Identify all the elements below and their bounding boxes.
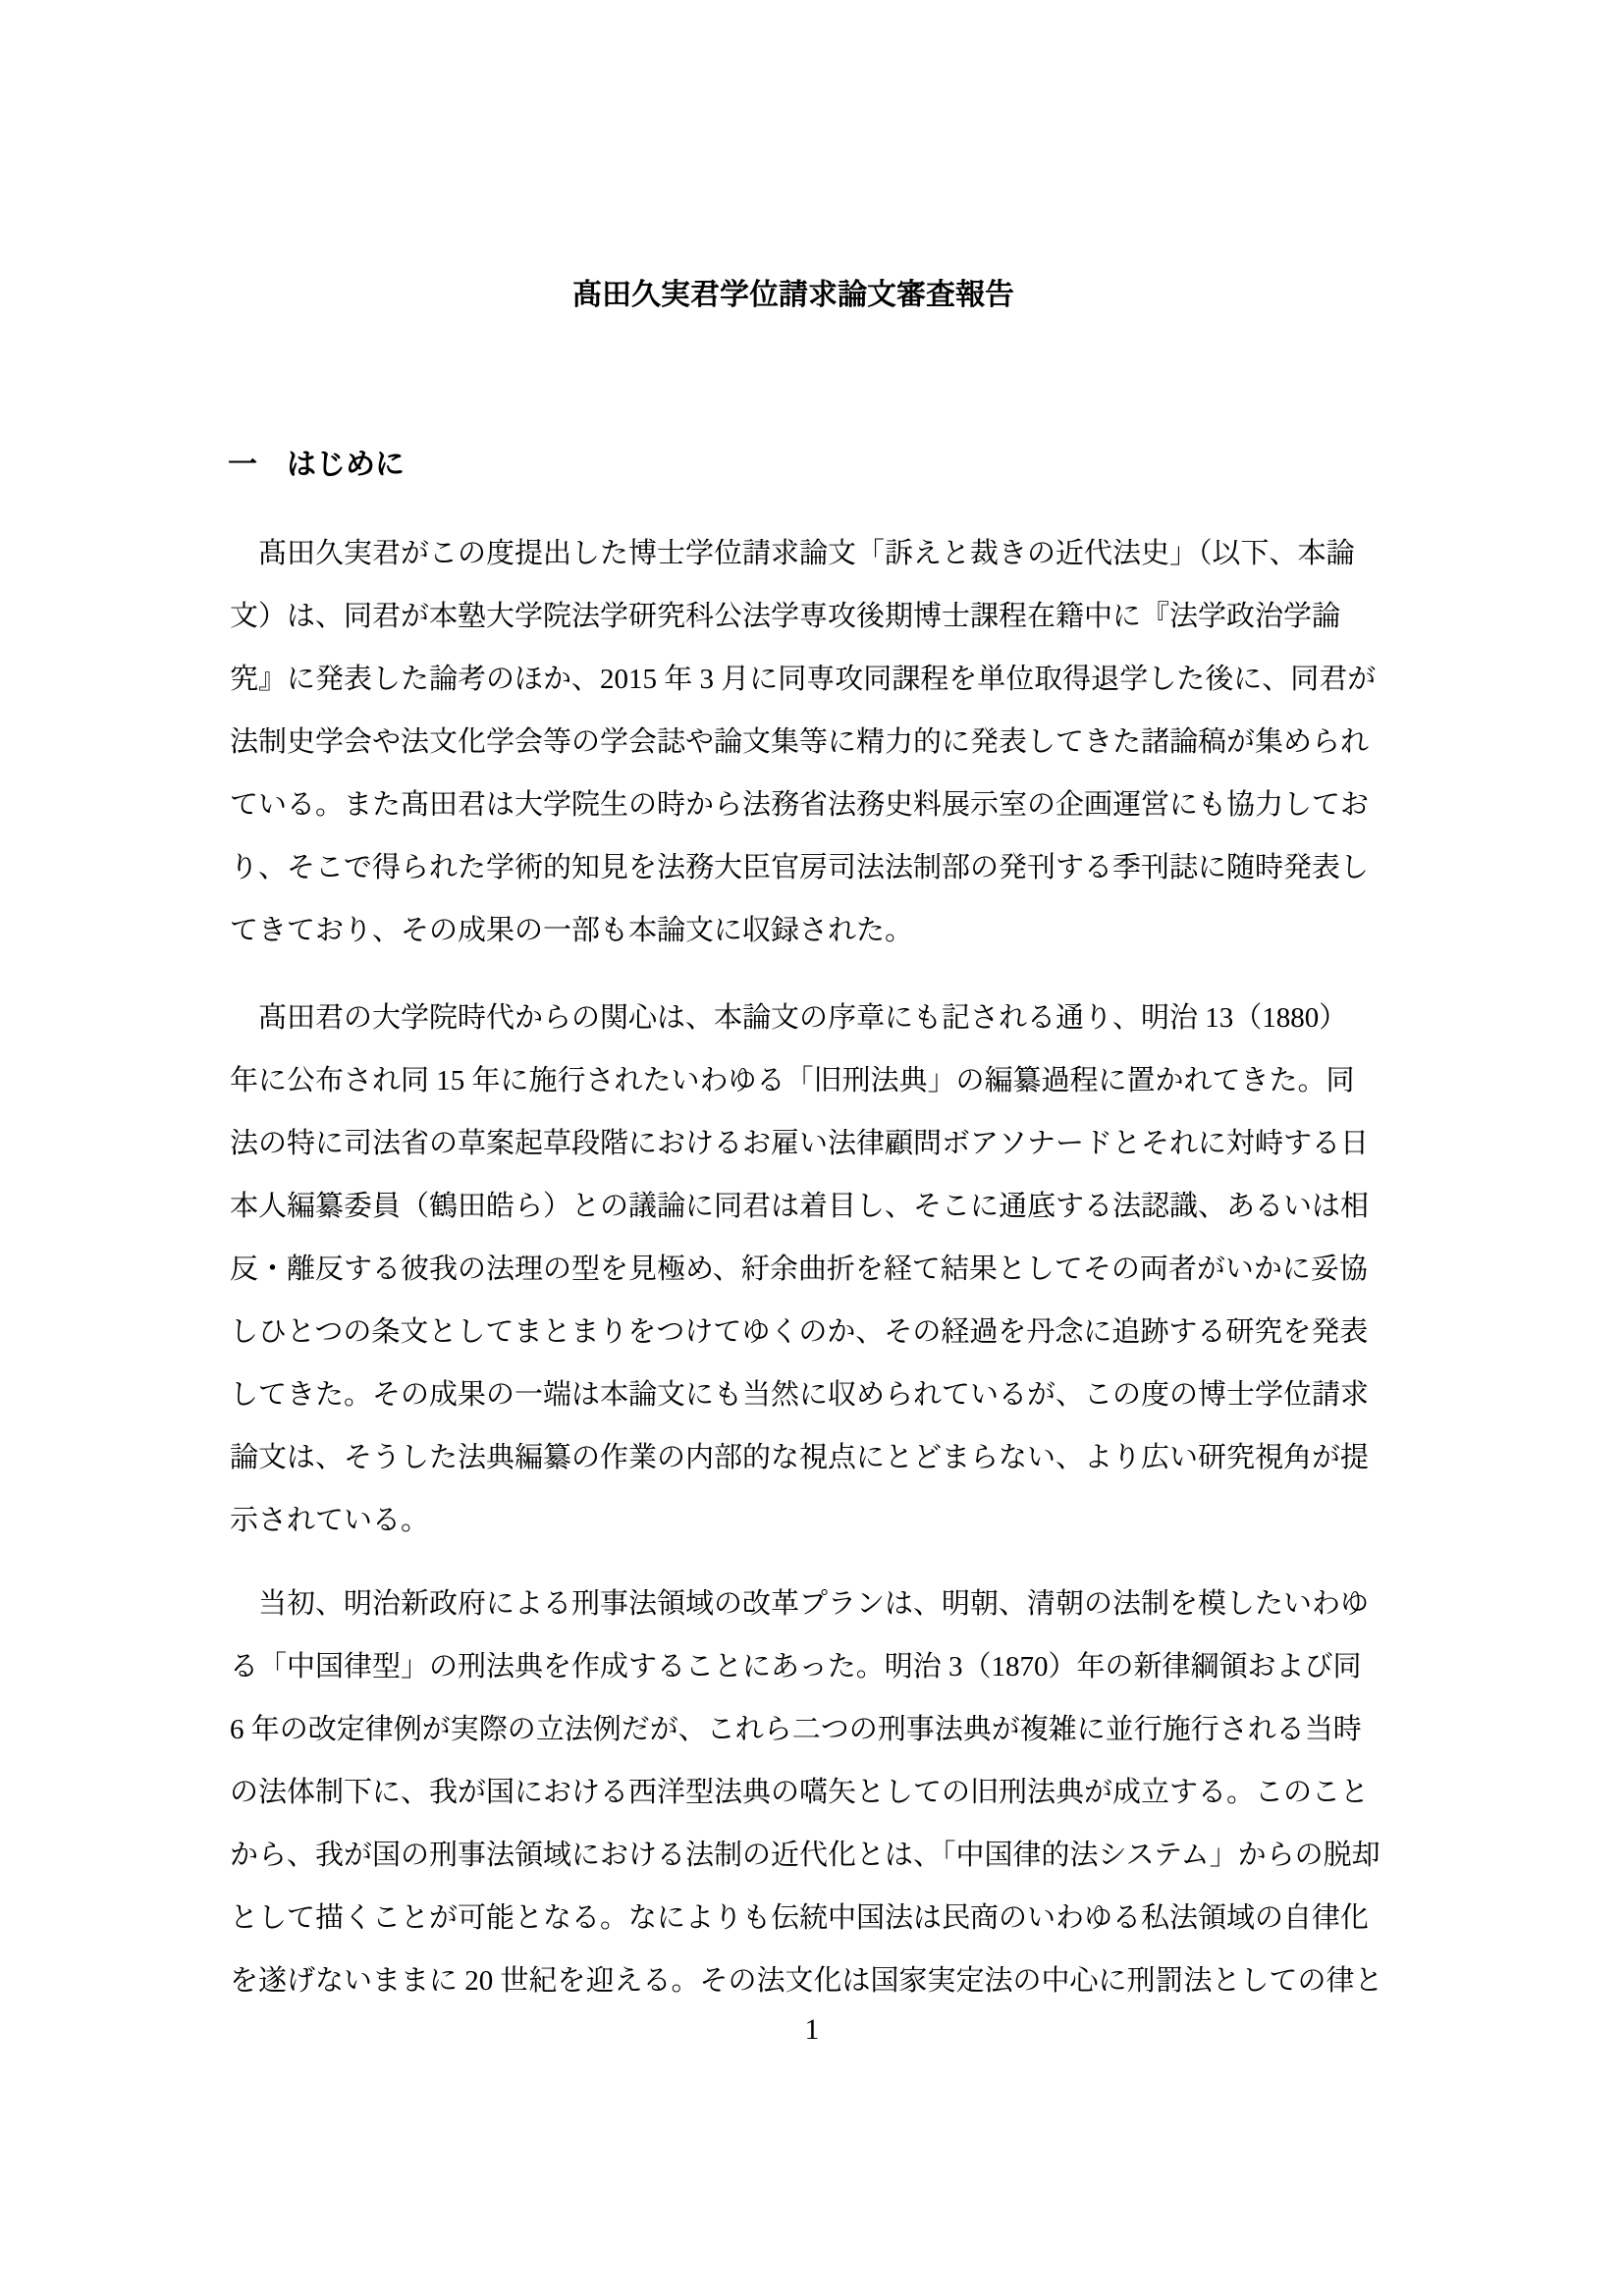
- text-line: として描くことが可能となる。なによりも伝統中国法は民商のいわゆる私法領域の自律化: [230, 1887, 1404, 1949]
- text-line: 本人編纂委員（鶴田皓ら）との議論に同君は着目し、そこに通底する法認識、あるいは相: [230, 1175, 1404, 1238]
- text-line: 年に公布され同 15 年に施行されたいわゆる「旧刑法典」の編纂過程に置かれてきた…: [230, 1049, 1404, 1112]
- paragraph: 髙田君の大学院時代からの関心は、本論文の序章にも記される通り、明治 13（188…: [230, 987, 1404, 1552]
- paragraph: 髙田久実君がこの度提出した博士学位請求論文「訴えと裁きの近代法史」（以下、本論文…: [230, 522, 1404, 962]
- section-heading: 一 はじめに: [228, 448, 405, 483]
- text-line: 6 年の改定律例が実際の立法例だが、これら二つの刑事法典が複雑に並行施行される当…: [230, 1698, 1404, 1761]
- document-title: 髙田久実君学位請求論文審査報告: [572, 277, 1014, 314]
- text-line: 法の特に司法省の草案起草段階におけるお雇い法律顧問ボアソナードとそれに対峙する日: [230, 1112, 1404, 1175]
- text-line: 当初、明治新政府による刑事法領域の改革プランは、明朝、清朝の法制を模したいわゆ: [230, 1573, 1404, 1635]
- text-line: しひとつの条文としてまとまりをつけてゆくのか、その経過を丹念に追跡する研究を発表: [230, 1301, 1404, 1363]
- document-page: 髙田久実君学位請求論文審査報告 一 はじめに 髙田久実君がこの度提出した博士学位…: [0, 0, 1624, 2296]
- text-line: 髙田君の大学院時代からの関心は、本論文の序章にも記される通り、明治 13（188…: [230, 987, 1404, 1049]
- text-line: 究』に発表した論考のほか、2015 年 3 月に同専攻同課程を単位取得退学した後…: [230, 648, 1404, 711]
- text-line: ている。また髙田君は大学院生の時から法務省法務史料展示室の企画運営にも協力してお: [230, 774, 1404, 836]
- text-line: 法制史学会や法文化学会等の学会誌や論文集等に精力的に発表してきた諸論稿が集められ: [230, 711, 1404, 774]
- text-line: る「中国律型」の刑法典を作成することにあった。明治 3（1870）年の新律綱領お…: [230, 1635, 1404, 1698]
- page-number: 1: [0, 2010, 1624, 2050]
- text-line: てきており、その成果の一部も本論文に収録された。: [230, 899, 1404, 962]
- text-line: から、我が国の刑事法領域における法制の近代化とは、「中国律的法システム」からの脱…: [230, 1824, 1404, 1887]
- text-line: の法体制下に、我が国における西洋型法典の嚆矢としての旧刑法典が成立する。このこと: [230, 1761, 1404, 1824]
- text-line: り、そこで得られた学術的知見を法務大臣官房司法法制部の発刊する季刊誌に随時発表し: [230, 836, 1404, 899]
- text-line: 文）は、同君が本塾大学院法学研究科公法学専攻後期博士課程在籍中に『法学政治学論: [230, 585, 1404, 648]
- text-line: 髙田久実君がこの度提出した博士学位請求論文「訴えと裁きの近代法史」（以下、本論: [230, 522, 1404, 585]
- paragraph: 当初、明治新政府による刑事法領域の改革プランは、明朝、清朝の法制を模したいわゆる…: [230, 1573, 1404, 2012]
- text-line: 示されている。: [230, 1489, 1404, 1552]
- text-line: 反・離反する彼我の法理の型を見極め、紆余曲折を経て結果としてその両者がいかに妥協: [230, 1238, 1404, 1301]
- text-line: してきた。その成果の一端は本論文にも当然に収められているが、この度の博士学位請求: [230, 1363, 1404, 1426]
- text-line: 論文は、そうした法典編纂の作業の内部的な視点にとどまらない、より広い研究視角が提: [230, 1426, 1404, 1489]
- text-line: を遂げないままに 20 世紀を迎える。その法文化は国家実定法の中心に刑罰法として…: [230, 1949, 1404, 2012]
